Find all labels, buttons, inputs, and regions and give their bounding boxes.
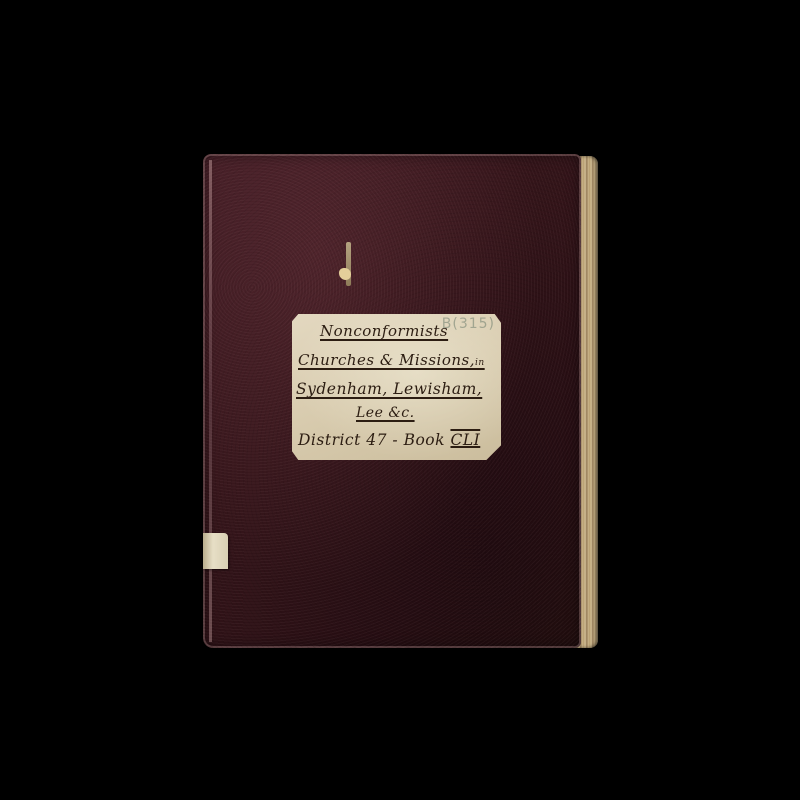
label-line-churches-tail: in [475,358,485,368]
library-tab [203,533,228,569]
label-line-places: Sydenham, Lewisham, [296,380,482,398]
paper-scrap-fragment [339,268,351,280]
label-title: Nonconformists [320,322,448,340]
label-line-district: District 47 - Book CLI [298,431,480,449]
notebook-cover: B(315) Nonconformists Churches & Mission… [203,154,581,648]
paper-scrap [344,242,352,286]
cover-label: B(315) Nonconformists Churches & Mission… [292,314,501,460]
catalog-stamp: B(315) [442,316,495,332]
label-line-lee: Lee &c. [356,405,415,421]
spine-wear [209,160,212,642]
label-district-text: District 47 - Book [298,431,450,449]
label-line-churches: Churches & Missions,in [298,351,485,369]
photo-scene: B(315) Nonconformists Churches & Mission… [0,0,800,800]
label-line-churches-text: Churches & Missions, [298,351,475,369]
label-book-number: CLI [450,431,480,449]
